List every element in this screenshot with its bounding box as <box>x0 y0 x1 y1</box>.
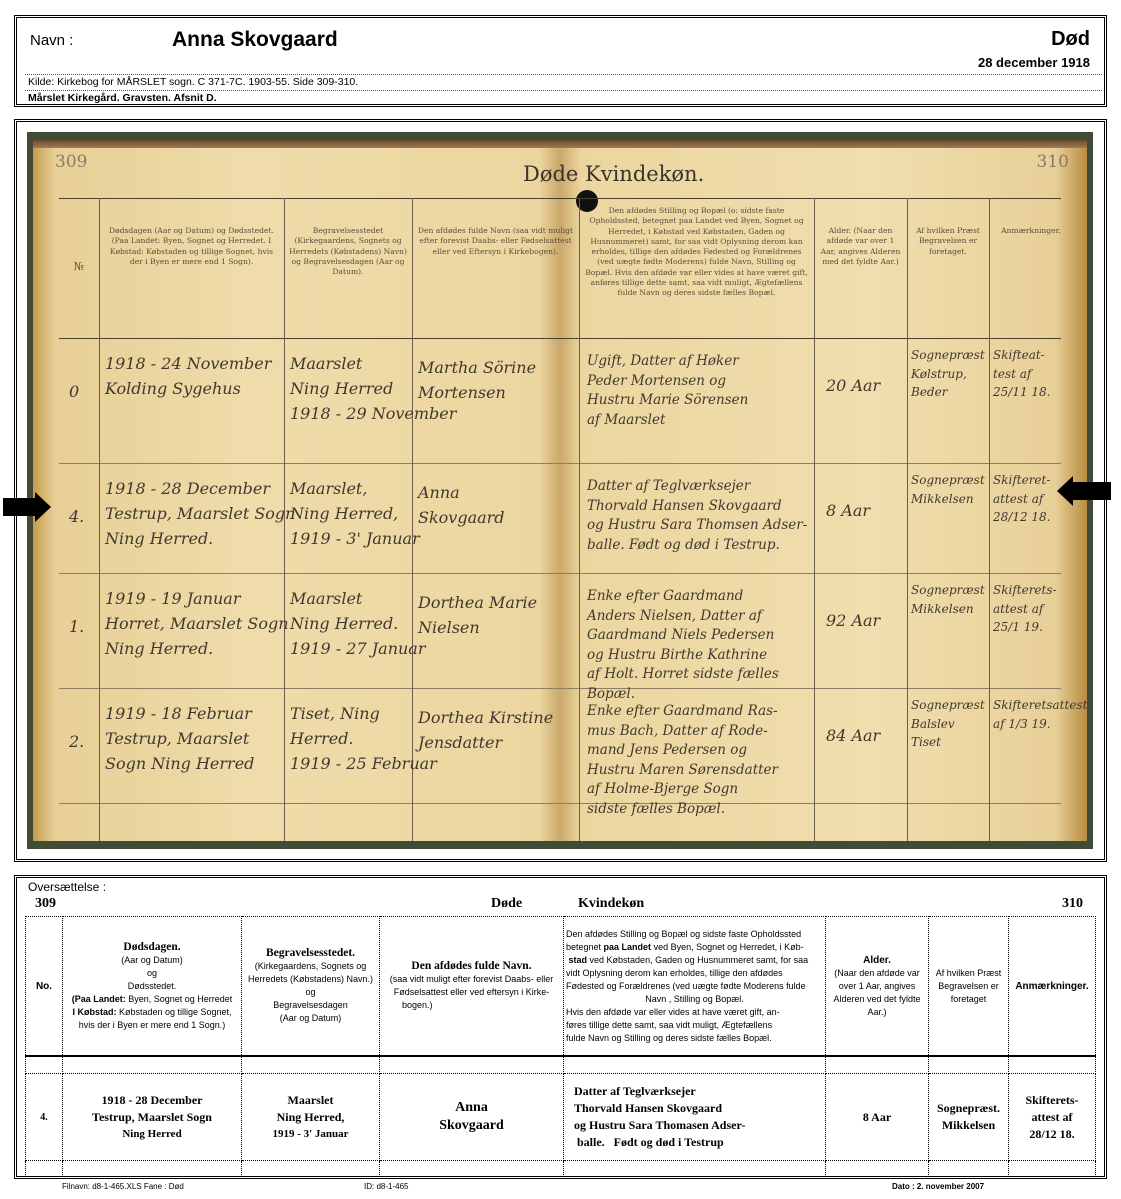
ledger-column-line <box>99 198 100 841</box>
handwritten-notes: Skifterets-attest af25/1 19. <box>993 581 1057 637</box>
event-date: 28 december 1918 <box>978 55 1090 70</box>
translation-title-2: Kvindekøn <box>578 896 644 912</box>
table-row: 4. 1918 - 28 December Testrup, Maarslet … <box>26 1074 1096 1161</box>
handwritten-name: Martha SörineMortensen <box>418 356 536 406</box>
col-header-burial: Begravelsesstedet. (Kirkegaardens, Sogne… <box>242 917 380 1057</box>
col-header-details: Den afdødes Stilling og Bopæl og sidste … <box>564 917 826 1057</box>
person-name: Anna Skovgaard <box>172 28 338 52</box>
ledger-column-header: Den afdødes fulde Navn (saa vidt muligt … <box>416 226 575 257</box>
handwritten-details: Datter af TeglværksejerThorvald Hansen S… <box>587 477 807 555</box>
ledger-row-rule <box>59 803 1061 804</box>
handwritten-number: 0 <box>69 380 79 405</box>
ledger-column-header: Af hvilken Præst Begravelsen er foretage… <box>911 226 985 257</box>
handwritten-priest: SognepræstBalslevTiset <box>911 696 985 752</box>
col-header-name: Den afdødes fulde Navn. (saa vidt muligt… <box>380 917 564 1057</box>
handwritten-name: AnnaSkovgaard <box>418 481 505 531</box>
scan-frame: 309 310 Døde Kvindekøn. №Dødsdagen (Aar … <box>14 119 1107 862</box>
cell-death: 1918 - 28 December Testrup, Maarslet Sog… <box>63 1074 242 1161</box>
handwritten-priest: SognepræstKølstrup,Beder <box>911 346 985 402</box>
ledger-column-header: Alder. (Naar den afdøde var over 1 Aar, … <box>818 226 903 267</box>
col-header-no: No. <box>26 917 63 1057</box>
handwritten-number: 4. <box>69 505 84 530</box>
cell-notes: Skifterets- attest af 28/12 18. <box>1009 1074 1096 1161</box>
translation-section: Oversættelse : 309 Døde Kvindekøn 310 No… <box>14 875 1107 1179</box>
ledger-column-line <box>814 198 815 841</box>
ledger-column-header: Anmærkninger. <box>993 226 1069 236</box>
handwritten-burial: Tiset, NingHerred.1919 - 25 Februar <box>290 702 437 776</box>
ledger-grid: №Dødsdagen (Aar og Datum) og Dødsstedet.… <box>59 198 1061 841</box>
handwritten-age: 92 Aar <box>826 609 880 634</box>
handwritten-notes: Skifteret-attest af28/12 18. <box>993 471 1050 527</box>
ledger-column-header: Den afdødes Stilling og Bopæl (o: sidste… <box>583 206 810 298</box>
ledger-row-rule <box>59 688 1061 689</box>
handwritten-death: 1918 - 24 NovemberKolding Sygehus <box>105 352 271 402</box>
translation-table: No. Dødsdagen. (Aar og Datum) og Dødsste… <box>25 916 1096 1175</box>
col-header-death: Dødsdagen. (Aar og Datum) og Dødsstedet.… <box>63 917 242 1057</box>
col-header-priest: Af hvilken Præst Begravelsen er foretage… <box>929 917 1009 1057</box>
handwritten-details: Ugift, Datter af HøkerPeder Mortensen og… <box>587 352 748 430</box>
divider <box>25 90 1102 91</box>
cell-no: 4. <box>26 1074 63 1161</box>
handwritten-burial: Maarslet,Ning Herred,1919 - 3' Januar <box>290 477 420 551</box>
ledger-rule <box>59 338 1061 339</box>
event-type: Død <box>1051 28 1090 51</box>
footer-filename: Filnavn: d8-1-465.XLS Fane : Død <box>62 1182 184 1191</box>
handwritten-name: Dorthea MarieNielsen <box>418 591 537 641</box>
ledger-column-line <box>907 198 908 841</box>
handwritten-details: Enke efter GaardmandAnders Nielsen, Datt… <box>587 587 779 704</box>
handwritten-death: 1919 - 19 JanuarHorret, Maarslet SognNin… <box>105 587 289 661</box>
footer-date: Dato : 2. november 2007 <box>892 1182 984 1191</box>
handwritten-name: Dorthea KirstineJensdatter <box>418 706 553 756</box>
handwritten-age: 84 Aar <box>826 724 880 749</box>
ledger-column-header: Begravelsesstedet (Kirkegaardens, Sognet… <box>288 226 408 277</box>
cell-name: Anna Skovgaard <box>380 1074 564 1161</box>
translation-title-1: Døde <box>491 896 522 912</box>
table-header-row: No. Dødsdagen. (Aar og Datum) og Dødsste… <box>26 917 1096 1057</box>
col-header-age: Alder. (Naar den afdøde var over 1 Aar, … <box>826 917 929 1057</box>
ledger-row-rule <box>59 463 1061 464</box>
arrow-left-icon <box>1057 476 1111 506</box>
cell-age: 8 Aar <box>826 1074 929 1161</box>
ledger-column-line <box>579 198 580 841</box>
handwritten-priest: SognepræstMikkelsen <box>911 581 985 618</box>
divider <box>25 74 1102 75</box>
burial-place-line: Mårslet Kirkegård. Gravsten. Afsnit D. <box>28 92 217 104</box>
ledger-rule <box>59 198 1061 199</box>
page-number-left: 309 <box>55 152 87 172</box>
page-number-right: 310 <box>1037 152 1069 172</box>
handwritten-priest: SognepræstMikkelsen <box>911 471 985 508</box>
ledger-row-rule <box>59 573 1061 574</box>
handwritten-age: 20 Aar <box>826 374 880 399</box>
source-line: Kilde: Kirkebog for MÅRSLET sogn. C 371-… <box>28 76 358 88</box>
church-book-photo: 309 310 Døde Kvindekøn. №Dødsdagen (Aar … <box>27 132 1093 849</box>
handwritten-burial: MaarsletNing Herred.1919 - 27 Januar <box>290 587 426 661</box>
handwritten-notes: Skifteat-test af25/11 18. <box>993 346 1050 402</box>
translation-label: Oversættelse : <box>28 880 106 894</box>
ledger-column-header: № <box>63 260 95 275</box>
ledger-title: Døde Kvindekøn. <box>523 162 704 186</box>
handwritten-number: 2. <box>69 730 84 755</box>
translation-page-right: 310 <box>1062 896 1083 912</box>
arrow-right-icon <box>3 492 53 522</box>
ledger-page: 309 310 Døde Kvindekøn. №Dødsdagen (Aar … <box>33 140 1087 841</box>
handwritten-details: Enke efter Gaardmand Ras-mus Bach, Datte… <box>587 702 778 819</box>
ledger-column-line <box>989 198 990 841</box>
translation-page-left: 309 <box>35 896 56 912</box>
cell-priest: Sognepræst. Mikkelsen <box>929 1074 1009 1161</box>
cell-details: Datter af Teglværksejer Thorvald Hansen … <box>564 1074 826 1161</box>
handwritten-age: 8 Aar <box>826 499 870 524</box>
cell-burial: Maarslet Ning Herred, 1919 - 3' Januar <box>242 1074 380 1161</box>
footer-id: ID: d8-1-465 <box>364 1182 408 1191</box>
handwritten-death: 1919 - 18 FebruarTestrup, MaarsletSogn N… <box>105 702 254 776</box>
ledger-column-header: Dødsdagen (Aar og Datum) og Dødsstedet. … <box>103 226 280 267</box>
record-header: Navn : Anna Skovgaard Død 28 december 19… <box>14 15 1107 107</box>
handwritten-notes: Skifteretsattestaf 1/3 19. <box>993 696 1087 733</box>
col-header-notes: Anmærkninger. <box>1009 917 1096 1057</box>
name-label: Navn : <box>30 32 73 49</box>
handwritten-death: 1918 - 28 DecemberTestrup, Maarslet Sogn… <box>105 477 295 551</box>
handwritten-number: 1. <box>69 615 84 640</box>
